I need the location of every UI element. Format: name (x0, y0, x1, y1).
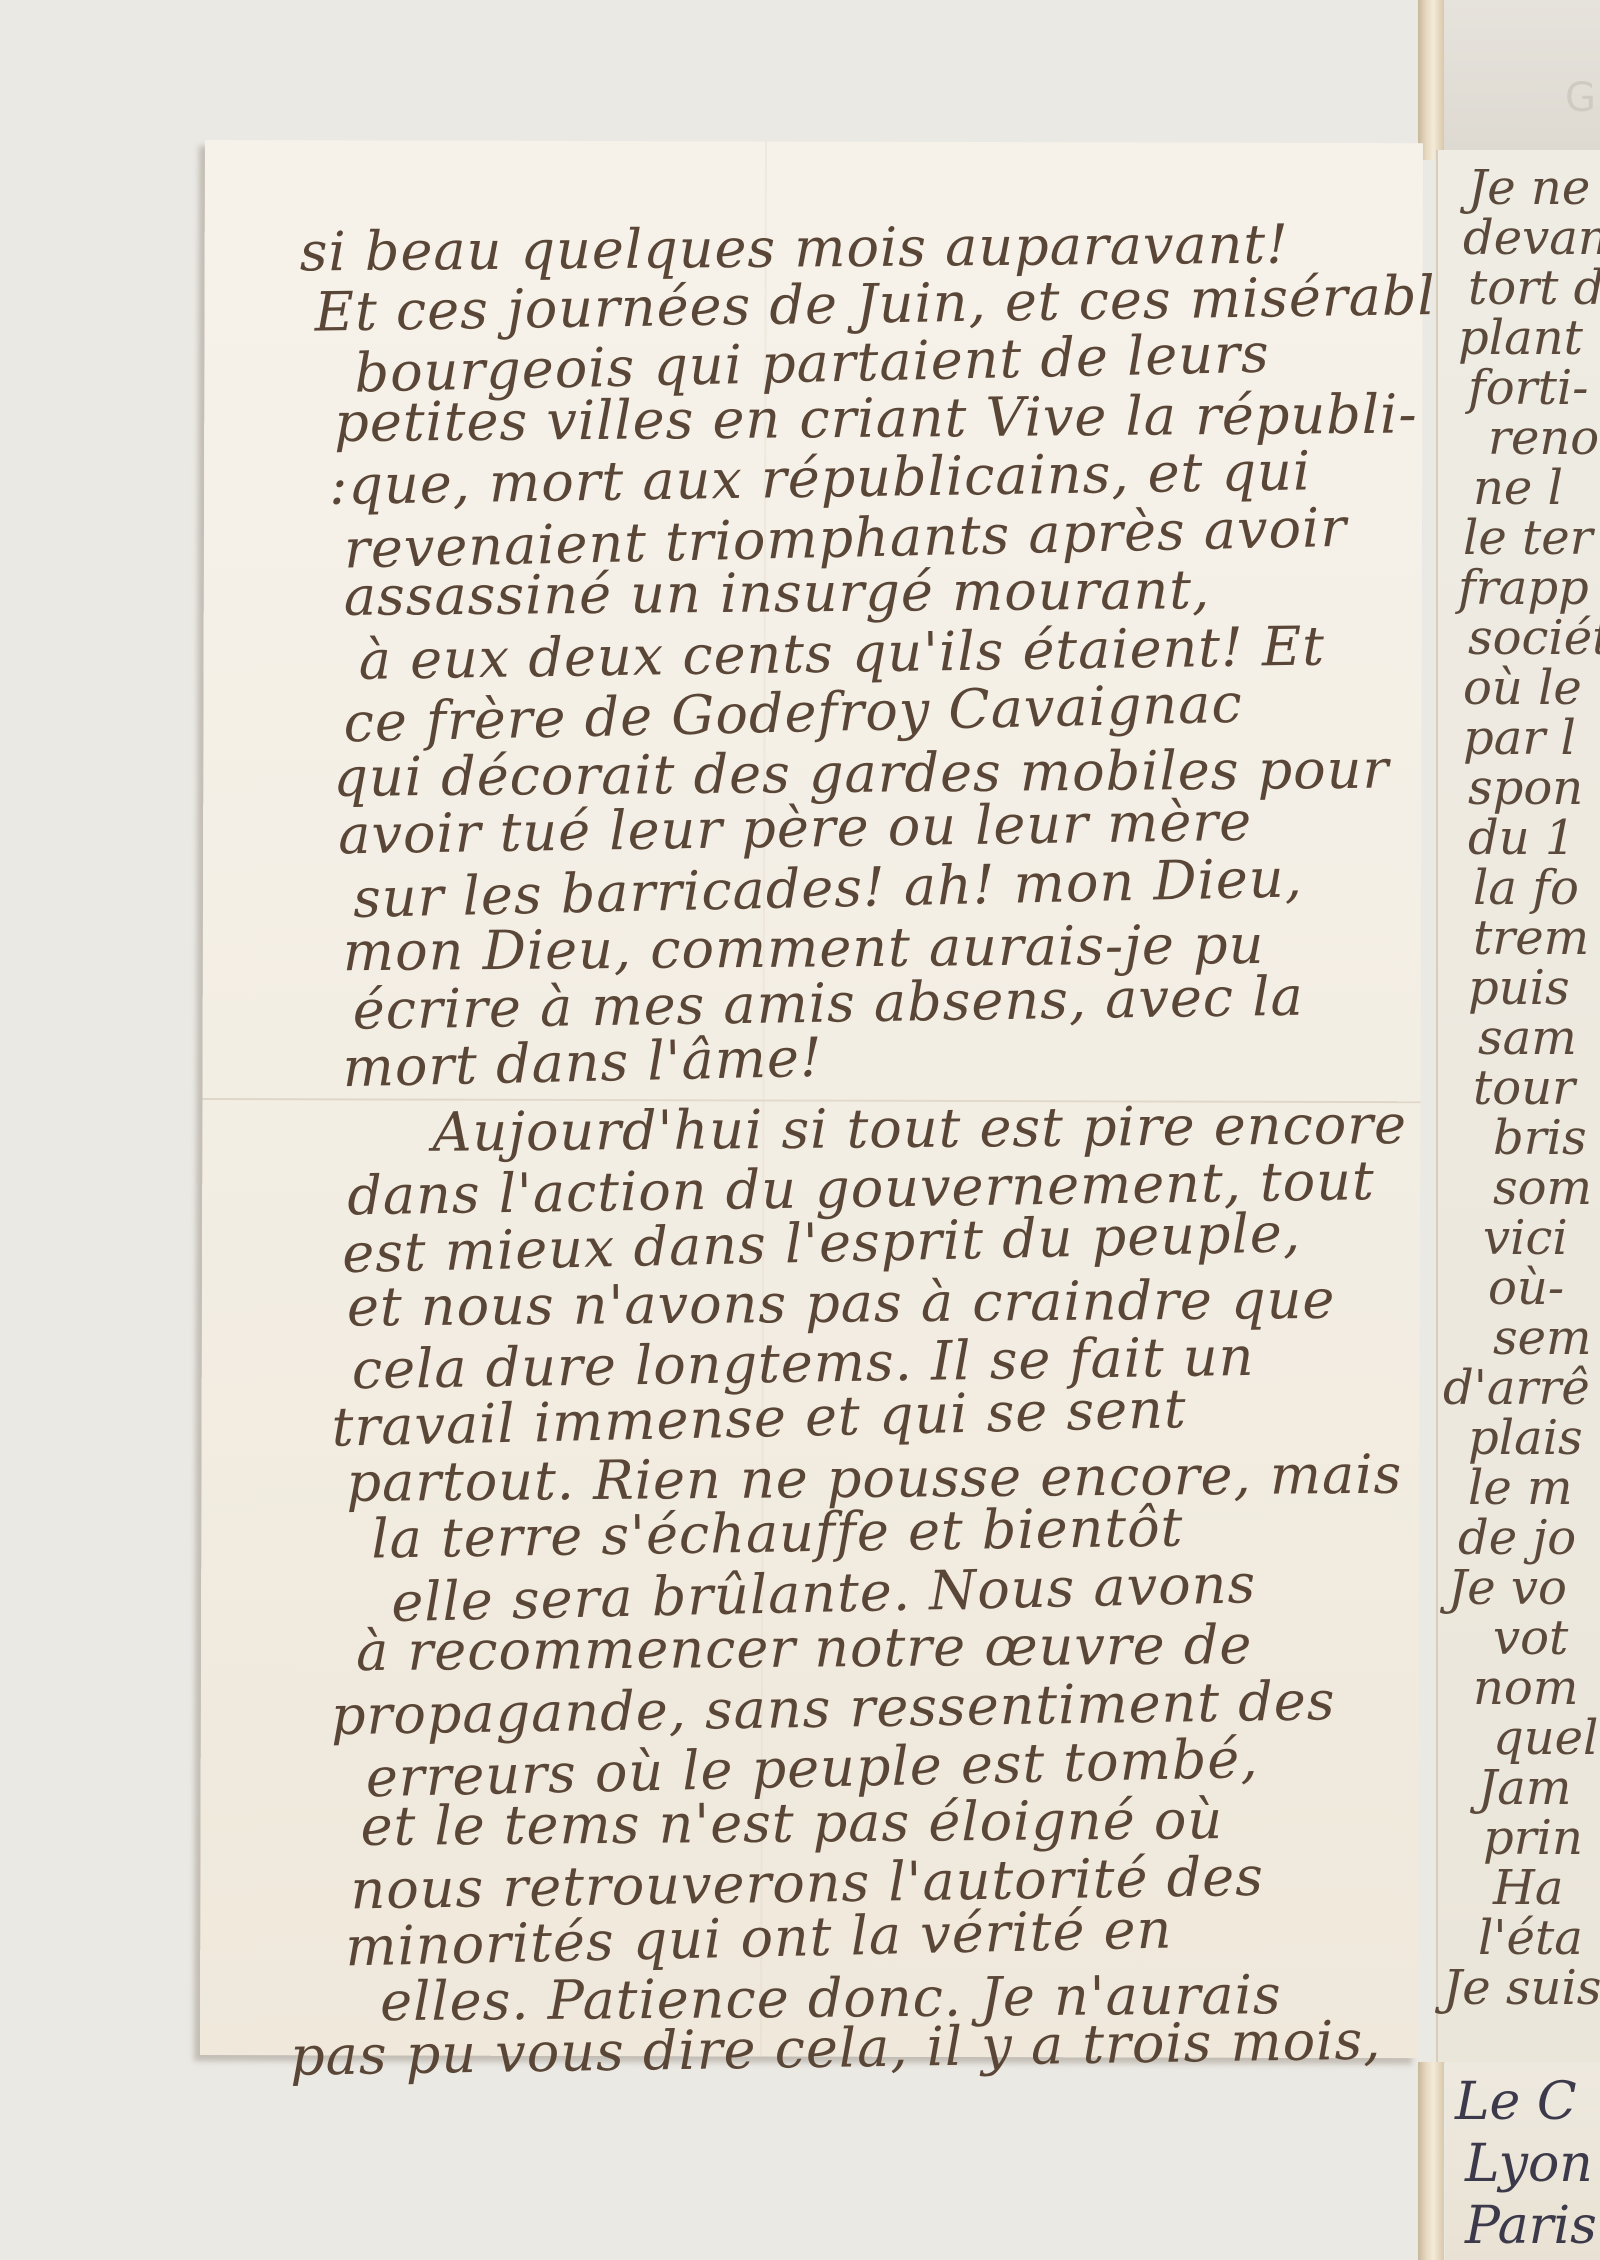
handwritten-line: tort d (1468, 260, 1600, 316)
binding-spine-top (1418, 0, 1444, 160)
handwritten-line: sem (1493, 1310, 1592, 1366)
handwritten-line: de jo (1458, 1510, 1576, 1566)
handwritten-line: puis (1468, 960, 1570, 1016)
handwritten-line: Je ne (1468, 160, 1590, 216)
handwritten-line: Je vo (1448, 1560, 1567, 1616)
envelope-sheet: Le CLyonParis (1445, 2062, 1600, 2260)
handwritten-line: spon (1468, 760, 1583, 816)
handwritten-line: tour (1473, 1060, 1575, 1116)
handwritten-line: Ha (1493, 1860, 1563, 1916)
handwritten-line: mort dans l'âme! (342, 1031, 823, 1095)
handwritten-line: trem (1473, 910, 1589, 966)
handwritten-line: d'arrê (1443, 1360, 1590, 1416)
handwritten-line: bris (1493, 1110, 1587, 1166)
handwritten-line: par l (1463, 710, 1576, 766)
handwritten-line: la fo (1473, 860, 1579, 916)
handwritten-line: frapp (1458, 560, 1589, 616)
handwritten-line: du 1 (1468, 810, 1575, 866)
envelope-line: Le C (1455, 2072, 1577, 2132)
handwritten-line: pas pu vous dire cela, il y a trois mois… (290, 2014, 1382, 2084)
handwritten-line: à recommencer notre œuvre de (356, 1618, 1253, 1679)
binding-spine-bottom (1418, 2062, 1444, 2260)
handwritten-line: Je suis (1443, 1960, 1600, 2016)
handwritten-line: quel (1493, 1710, 1598, 1766)
handwritten-line: plais (1468, 1410, 1583, 1466)
handwritten-line: som (1493, 1160, 1592, 1216)
handwritten-line: travail immense et qui se sent (331, 1382, 1187, 1455)
handwritten-line: où le (1463, 660, 1582, 716)
handwritten-line: l'éta (1478, 1910, 1583, 1966)
handwritten-line: vot (1493, 1610, 1568, 1666)
handwritten-line: nom (1473, 1660, 1578, 1716)
handwritten-line: reno (1488, 410, 1599, 466)
handwritten-line: sociét (1468, 610, 1600, 666)
handwritten-line: le m (1468, 1460, 1573, 1516)
handwritten-line: Jam (1478, 1760, 1571, 1816)
page-mark: G (1565, 75, 1596, 121)
handwritten-line: où- (1488, 1260, 1564, 1316)
left-page-text: si beau quelques mois auparavant!Et ces … (205, 140, 1423, 143)
handwritten-line: ne l (1473, 460, 1563, 516)
handwritten-line: assassiné un insurgé mourant, (344, 563, 1211, 624)
handwritten-line: minorités qui ont la vérité en (345, 1902, 1173, 1974)
left-letter-page: si beau quelques mois auparavant!Et ces … (200, 140, 1423, 2058)
handwritten-line: plant (1458, 310, 1583, 366)
right-letter-page: Je nedevantort dplantforti-renone lle te… (1436, 150, 1600, 2065)
handwritten-line: vici (1483, 1210, 1568, 1266)
handwritten-line: prin (1483, 1810, 1583, 1866)
envelope-line: Paris (1465, 2196, 1597, 2256)
handwritten-line: forti- (1468, 360, 1588, 416)
handwritten-line: devan (1463, 210, 1600, 266)
handwritten-line: sam (1478, 1010, 1577, 1066)
envelope-line: Lyon (1465, 2134, 1593, 2194)
handwritten-line: et le tems n'est pas éloigné où (360, 1793, 1223, 1854)
handwritten-line: écrire à mes amis absens, avec la (352, 970, 1304, 1038)
handwritten-line: le ter (1463, 510, 1593, 566)
